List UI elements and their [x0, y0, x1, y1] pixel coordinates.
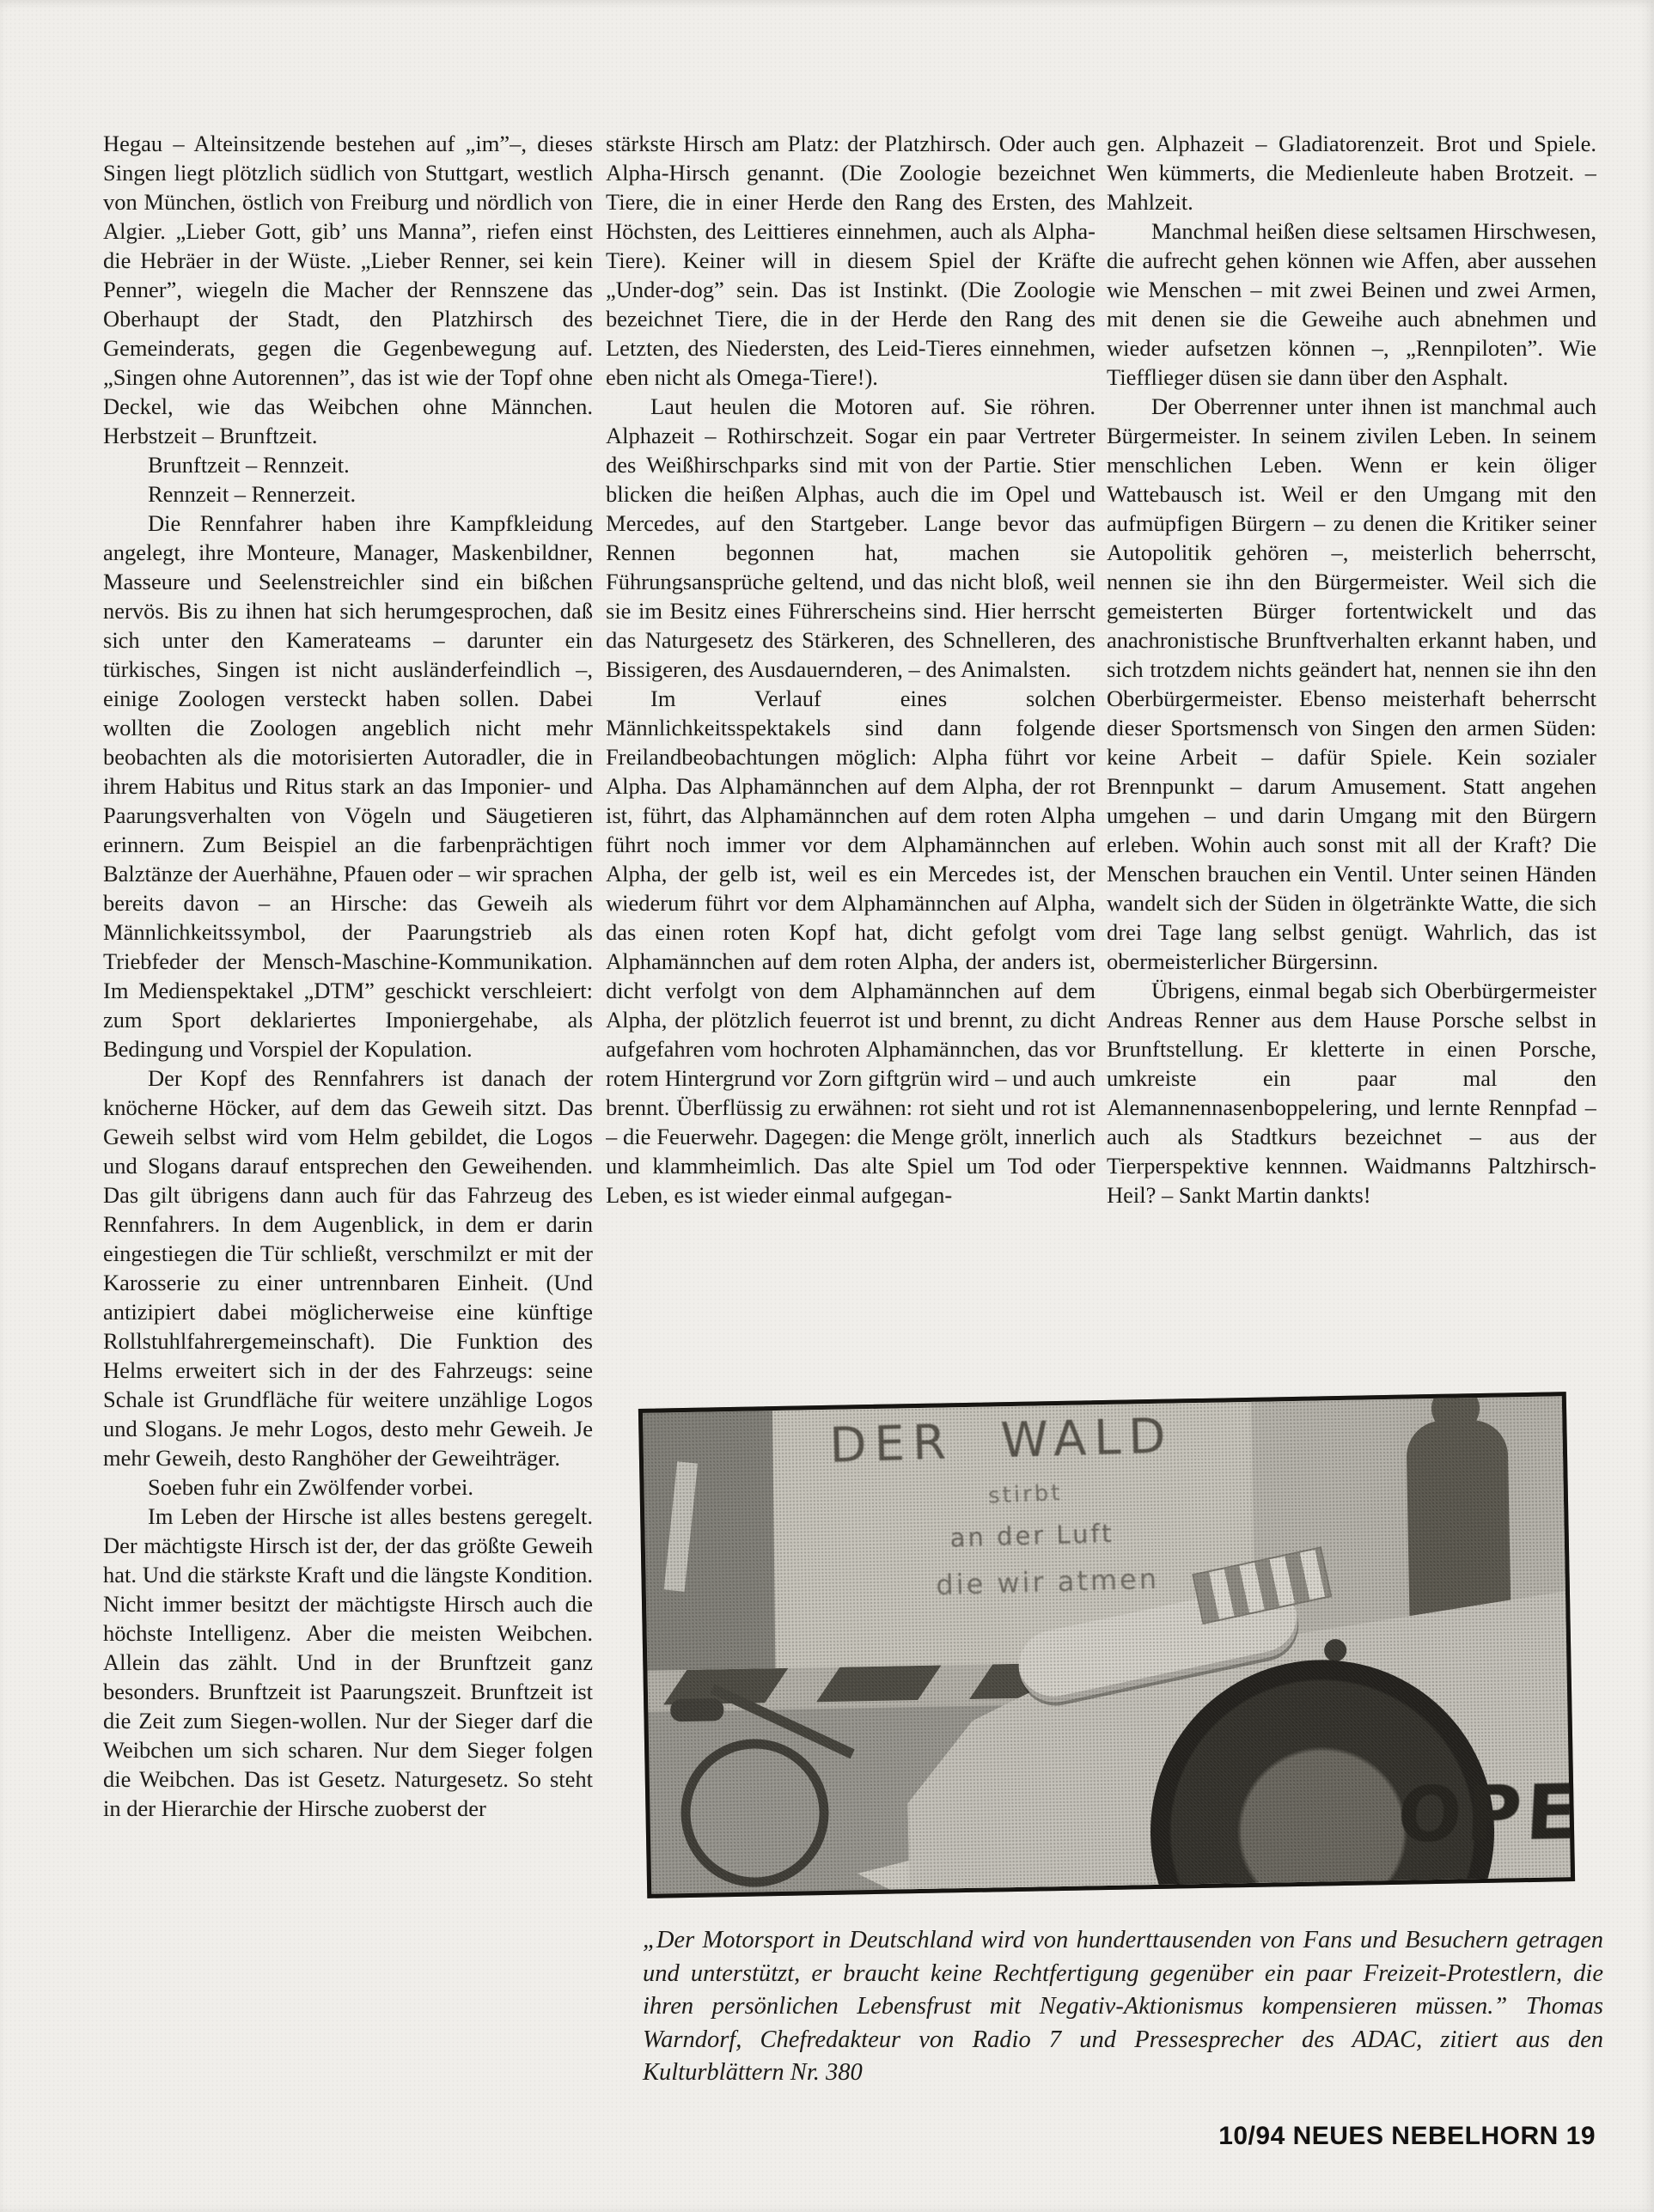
bicycle-saddle — [670, 1698, 723, 1721]
paragraph: Laut heulen die Motoren auf. Sie röhren.… — [606, 392, 1096, 684]
article-column-2: stärkste Hirsch am Platz: der Platzhirsc… — [606, 129, 1096, 1392]
paragraph: Der Oberrenner unter ihnen ist manchmal … — [1107, 392, 1596, 976]
article-column-3: gen. Alphazeit – Gladiatorenzeit. Brot u… — [1107, 129, 1596, 1392]
car-brand-lettering: OPE — [1395, 1768, 1576, 1860]
paragraph: Übrigens, einmal begab sich Oberbürgerme… — [1107, 976, 1596, 1210]
paragraph: Manchmal heißen diese seltsamen Hirschwe… — [1107, 216, 1596, 392]
magazine-page: Hegau – Alteinsitzende bestehen auf „im”… — [0, 0, 1654, 2212]
photo-caption: „Der Motorsport in Deutschland wird von … — [643, 1924, 1603, 2090]
article-column-1: Hegau – Alteinsitzende bestehen auf „im”… — [103, 129, 593, 2098]
banner-text-line: an der Luft — [949, 1519, 1114, 1552]
paragraph: Im Verlauf eines solchen Männlichkeitssp… — [606, 684, 1096, 1210]
paragraph: Brunftzeit – Rennzeit. — [103, 450, 593, 479]
trees-background — [643, 1411, 778, 1701]
bicycle-silhouette — [655, 1692, 864, 1880]
banner-text-line: DER WALD — [829, 1408, 1175, 1473]
banner-text-line: stirbt — [987, 1480, 1063, 1509]
paragraph: gen. Alphazeit – Gladiatorenzeit. Brot u… — [1107, 129, 1596, 216]
paragraph: stärkste Hirsch am Platz: der Platzhirsc… — [606, 129, 1096, 392]
paragraph: Hegau – Alteinsitzende bestehen auf „im”… — [103, 129, 593, 450]
paragraph: Der Kopf des Rennfahrers ist danach der … — [103, 1063, 593, 1472]
protest-photo: DER WALD stirbt an der Luft die wir atme… — [638, 1392, 1575, 1898]
paragraph: Im Leben der Hirsche ist alles bestens g… — [103, 1502, 593, 1823]
page-footer: 10/94 NEUES NEBELHORN 19 — [1218, 2122, 1596, 2151]
paragraph: Rennzeit – Rennerzeit. — [103, 479, 593, 509]
banner-text-line: die wir atmen — [936, 1563, 1160, 1601]
paragraph: Soeben fuhr ein Zwölfender vorbei. — [103, 1472, 593, 1502]
bicycle-wheel — [680, 1738, 830, 1888]
paragraph: Die Rennfahrer haben ihre Kampfkleidung … — [103, 509, 593, 1063]
